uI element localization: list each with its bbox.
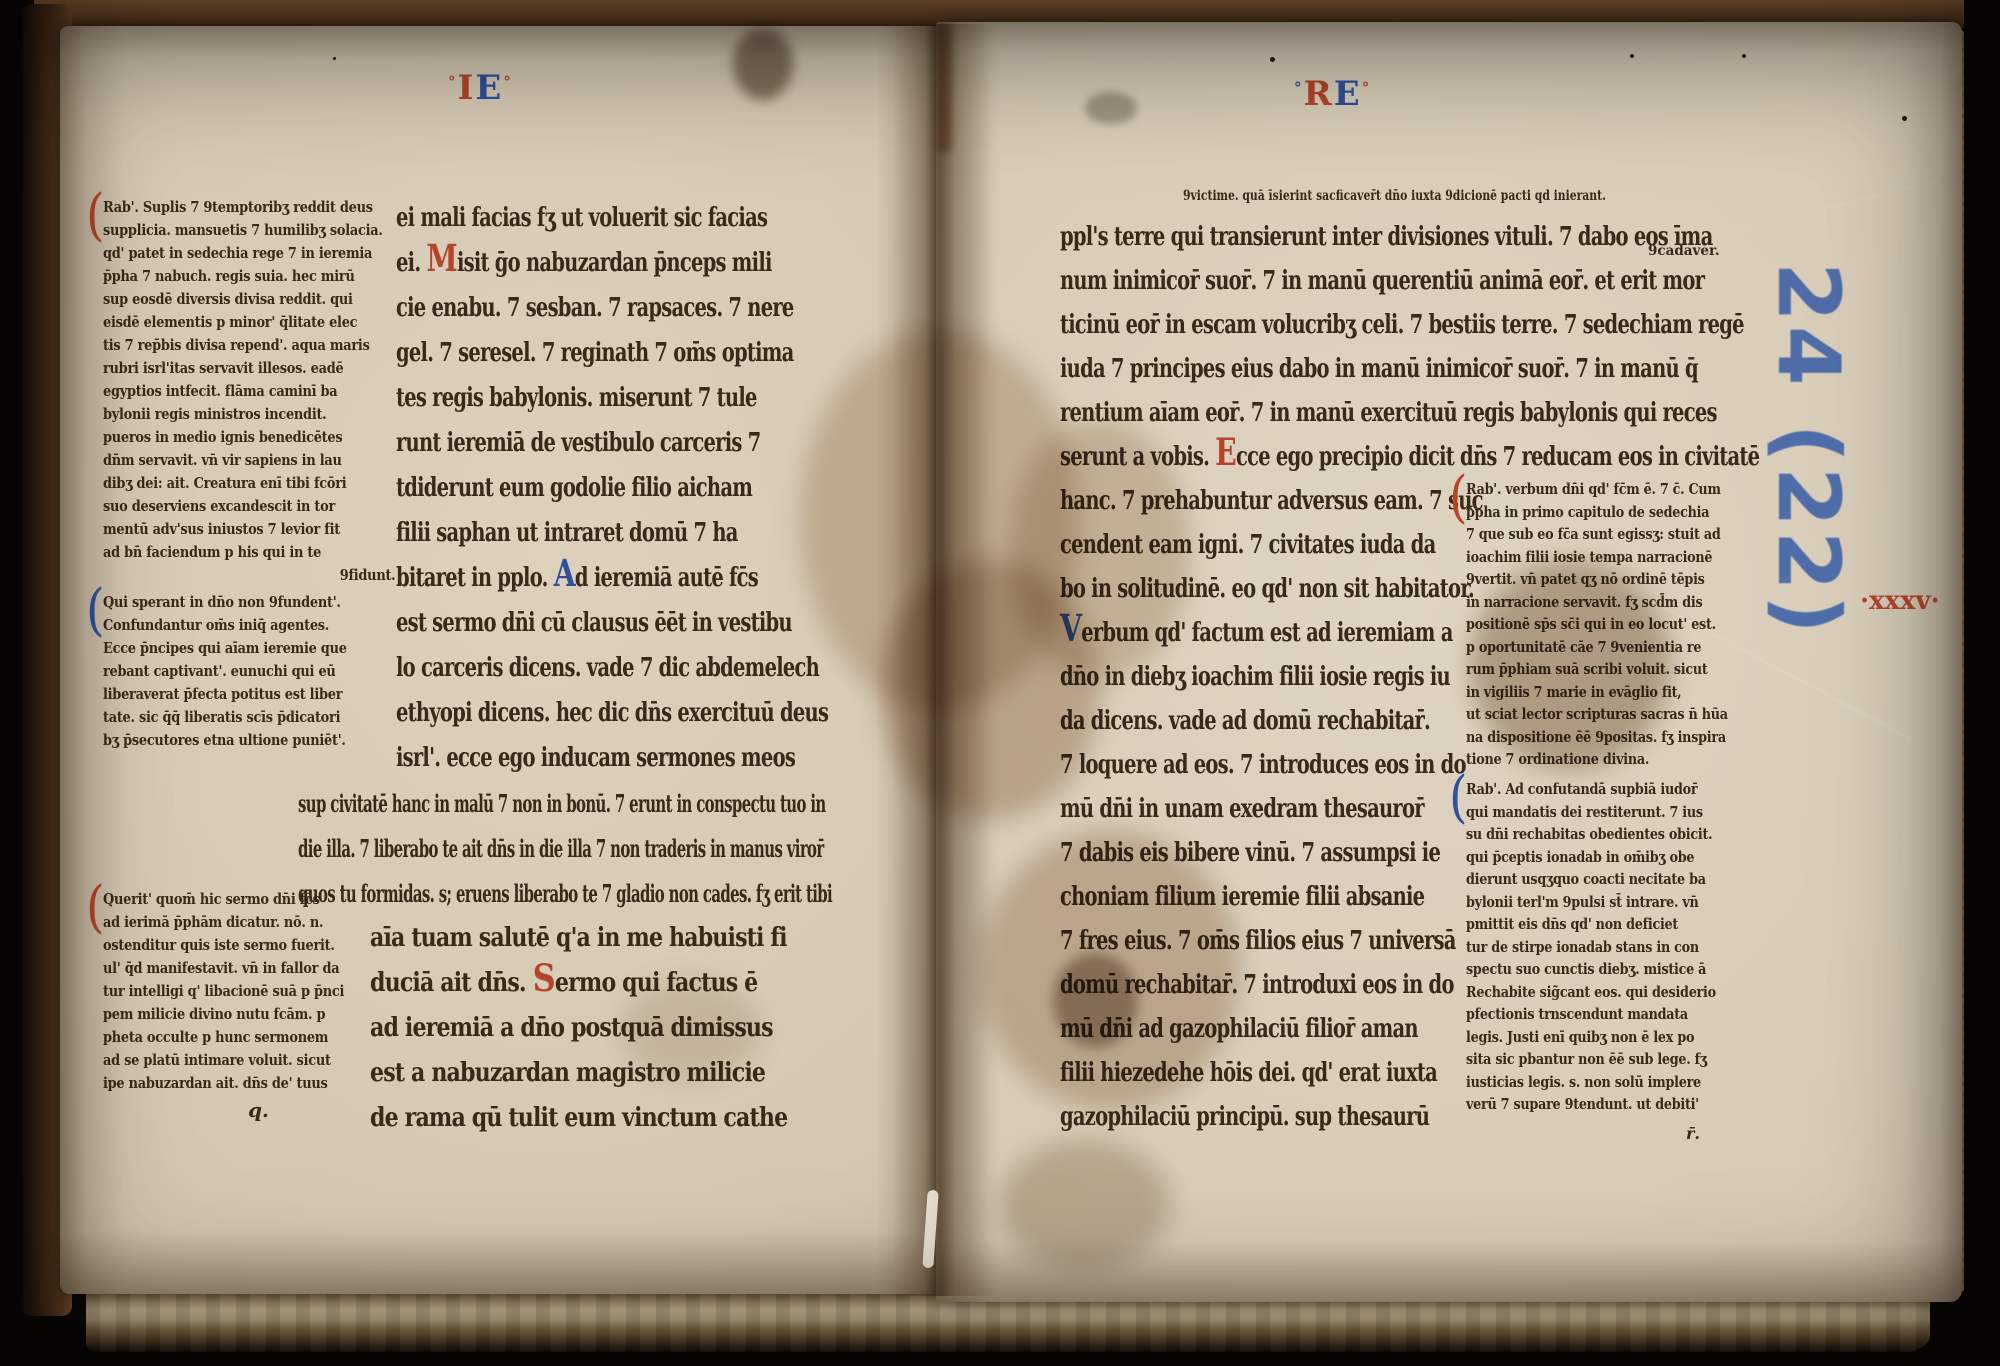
text-line: die illa. 7 liberabo te ait dn̄s in die … bbox=[298, 826, 810, 871]
running-title-left: °IE° bbox=[448, 68, 513, 108]
left-main-column-wide: sup civitatē hanc in malū 7 non in bonū.… bbox=[298, 781, 810, 916]
title-dot: ° bbox=[1362, 79, 1372, 97]
wormhole-dot bbox=[1630, 54, 1634, 58]
text-line: bylonii terl'm 9pulsi st̄ intrare. vn̄ bbox=[1466, 891, 1721, 914]
paragraph-bracket: ( bbox=[86, 880, 104, 936]
text-line: da dicens. vade ad domū rechabitar̄. bbox=[1060, 699, 1460, 743]
text-line: eisdē elementis p minor' q̄litate elec bbox=[103, 311, 395, 334]
text-line: iuda 7 principes eius dabo in manū inimi… bbox=[1060, 347, 1700, 391]
text-line: ei. Misit ḡo nabuzardan p̄nceps mili bbox=[396, 241, 810, 286]
text-line: pheta occulte p hunc sermonem bbox=[103, 1026, 395, 1049]
text-line: ei mali facias fʒ ut voluerit sic facias bbox=[396, 196, 810, 241]
text-line: dn̄m servavit. vn̄ vir sapiens in lau bbox=[103, 449, 395, 472]
text-line: sita sic pbantur non ēē sub lege. fʒ bbox=[1466, 1048, 1721, 1071]
illuminated-initial: M bbox=[426, 236, 457, 280]
text-line: ad se platū intimare voluit. sicut bbox=[103, 1049, 395, 1072]
text-line: bitaret in pplo. Ad ieremiā autē fc̄s bbox=[396, 556, 810, 601]
text-line: tur de stirpe ionadab stans in con bbox=[1466, 936, 1721, 959]
wormhole-dot bbox=[333, 57, 336, 60]
left-gloss-block-3: ( Querit' quom̄ hic sermo dn̄i fc̄sad ie… bbox=[103, 888, 395, 1095]
text-line: mentū adv'sus iniustos 7 levior fit bbox=[103, 518, 395, 541]
title-letter: I bbox=[458, 68, 476, 108]
text-line: supplicia. mansuetis 7 humilibʒ solacia. bbox=[103, 219, 395, 242]
title-letter: E bbox=[475, 68, 503, 108]
illuminated-initial: A bbox=[554, 551, 575, 595]
stain bbox=[1085, 92, 1137, 124]
shelfmark-text: 24 (22) bbox=[1738, 262, 1858, 652]
left-gloss-block-2: ( Qui sperant in dn̄o non 9fundent'.Conf… bbox=[103, 591, 395, 752]
right-gloss-block-2: ( Rab'. Ad confutandā supbiā iudor̄qui m… bbox=[1466, 778, 1721, 1116]
gloss-tail-mark: r̄. bbox=[1686, 1124, 1700, 1143]
text-line: qui p̄ceptis ionadab in om̄ibʒ obe bbox=[1466, 846, 1721, 869]
text-line: dibʒ dei: ait. Creatura enī tibi fcōri bbox=[103, 472, 395, 495]
text-line: spectu suo cunctis diebʒ. mistice ā bbox=[1466, 958, 1721, 981]
wormhole-dot bbox=[1902, 116, 1907, 121]
text-line: bʒ p̄secutores etna ultione puniēt'. bbox=[103, 729, 395, 752]
right-main-column-wide: ppl's terre qui transierunt inter divisi… bbox=[1060, 215, 1700, 479]
text-line: Qui sperant in dn̄o non 9fundent'. bbox=[103, 591, 395, 614]
inline-gloss: 9cadaver. bbox=[1648, 243, 1720, 259]
text-line: verū 7 supare 9tendunt. ut debiti' bbox=[1466, 1093, 1721, 1116]
text-line: runt ieremiā de vestibulo carceris 7 bbox=[396, 421, 810, 466]
text-line: tis 7 rep̄bis divisa repend'. aqua maris bbox=[103, 334, 395, 357]
text-line: bylonii regis ministros incendit. bbox=[103, 403, 395, 426]
text-line: ticinū eor̄ in escam volucribʒ celi. 7 b… bbox=[1060, 303, 1700, 347]
paragraph-bracket: ( bbox=[1449, 470, 1467, 526]
text-line: liberaverat p̄fecta potitus est liber bbox=[103, 683, 395, 706]
text-line: gel. 7 seresel. 7 reginath 7 om̄s optima bbox=[396, 331, 810, 376]
text-line: iusticias legis. s. non solū implere bbox=[1466, 1071, 1721, 1094]
text-line: tes regis babylonis. miserunt 7 tule bbox=[396, 376, 810, 421]
text-line: cie enabu. 7 sesban. 7 rapsaces. 7 nere bbox=[396, 286, 810, 331]
running-title-right: °RE° bbox=[1294, 74, 1371, 114]
text-line: Confundantur om̄s iniq̄ agentes. bbox=[103, 614, 395, 637]
text-line: ethyopi dicens. hec dic dn̄s exercituū d… bbox=[396, 691, 810, 736]
text-line: rubri isrl'itas servavit illesos. eadē bbox=[103, 357, 395, 380]
text-line: mū dn̄i in unam exedram thesauror̄ bbox=[1060, 787, 1460, 831]
text-line: ipe nabuzardan ait. dn̄s de' tuus bbox=[103, 1072, 395, 1095]
text-line: tdiderunt eum godolie filio aicham bbox=[396, 466, 810, 511]
text-line: Rab'. verbum dn̄i qd' fc̄m ē. 7 c̄. Cum bbox=[1466, 478, 1721, 501]
text-line: suo deserviens excandescit in tor bbox=[103, 495, 395, 518]
text-line: aīa tuam salutē q'a in me habuisti fi bbox=[370, 916, 812, 961]
text-line: dierunt usqʒquo coacti necitate ba bbox=[1466, 868, 1721, 891]
text-line: tur intelligi q' libacionē suā p p̄nci bbox=[103, 980, 395, 1003]
title-letter: E bbox=[1334, 74, 1362, 114]
title-dot: ° bbox=[1294, 79, 1304, 97]
manuscript-photo: °IE° °RE° ( Rab'. Suplis 7 9temptoribʒ r… bbox=[0, 0, 2000, 1366]
text-line: ostenditur quis iste sermo fuerit. bbox=[103, 934, 395, 957]
paragraph-bracket: ( bbox=[86, 583, 104, 639]
text-line: Ecce p̄ncipes qui aīam ieremie que bbox=[103, 637, 395, 660]
left-gloss-block-1: ( Rab'. Suplis 7 9temptoribʒ reddit deus… bbox=[103, 196, 395, 587]
text-line: qd' patet in sedechia rege 7 in ieremia bbox=[103, 242, 395, 265]
text-line: ul' q̄d manifestavit. vn̄ in fallor da bbox=[103, 957, 395, 980]
text-line: rebant captivant'. eunuchi qui eū bbox=[103, 660, 395, 683]
text-line: pueros in medio ignis benedicētes bbox=[103, 426, 395, 449]
text-line: filii saphan ut intraret domū 7 ha bbox=[396, 511, 810, 556]
gloss-tail-mark: q. bbox=[248, 1098, 269, 1122]
text-line: 7 que sub eo fc̄a sunt egissʒ: stuit ad bbox=[1466, 523, 1721, 546]
text-line: sup civitatē hanc in malū 7 non in bonū.… bbox=[298, 781, 810, 826]
wormhole-dot bbox=[1742, 54, 1746, 58]
title-dot: ° bbox=[448, 73, 458, 91]
title-letter: R bbox=[1304, 74, 1334, 114]
left-main-column-top: ei mali facias fʒ ut voluerit sic facias… bbox=[396, 196, 810, 781]
text-line: pfectionis trnscendunt mandata bbox=[1466, 1003, 1721, 1026]
illuminated-initial: E bbox=[1215, 430, 1236, 474]
text-line: num inimicor̄ suor̄. 7 in manū querentiū… bbox=[1060, 259, 1700, 303]
text-line: Rab'. Suplis 7 9temptoribʒ reddit deus bbox=[103, 196, 395, 219]
text-line: rentium aīam eor̄. 7 in manū exercituū r… bbox=[1060, 391, 1700, 435]
text-line: ppl's terre qui transierunt inter divisi… bbox=[1060, 215, 1700, 259]
stain bbox=[620, 980, 760, 1080]
text-line: 9fidunt. bbox=[103, 564, 395, 587]
text-line: qui mandatis dei restiterunt. 7 ius bbox=[1466, 801, 1721, 824]
text-line: egyptios intfecit. flāma caminī ba bbox=[103, 380, 395, 403]
text-line: lo carceris dicens. vade 7 dic abdemelec… bbox=[396, 646, 810, 691]
stain bbox=[1053, 953, 1138, 1048]
wormhole-dot bbox=[1270, 57, 1275, 62]
text-line: 7 loquere ad eos. 7 introduces eos in do bbox=[1060, 743, 1460, 787]
text-line: Rab'. Ad confutandā supbiā iudor̄ bbox=[1466, 778, 1721, 801]
text-line: quos tu formidas. s; eruens liberabo te … bbox=[298, 871, 810, 916]
text-line: pmittit eis dn̄s qd' non deficiet bbox=[1466, 913, 1721, 936]
text-line: sup eosdē diversis divisa reddit. qui bbox=[103, 288, 395, 311]
stain bbox=[1010, 420, 1190, 680]
interlinear-gloss: 9victime. quā īsierint sacficaver̄t dn̄o… bbox=[1183, 188, 1606, 204]
paragraph-bracket: ( bbox=[86, 188, 104, 244]
text-line: Rechabite sig̃cant eos. qui desiderio bbox=[1466, 981, 1721, 1004]
text-line: tate. sic q̄q̄ liberatis scīs p̄dicatori bbox=[103, 706, 395, 729]
paragraph-bracket: ( bbox=[1449, 770, 1467, 826]
text-line: de rama qū tulit eum vinctum cathe bbox=[370, 1096, 812, 1141]
folio-number: ·xxxv· bbox=[1860, 586, 1940, 616]
text-line: p̄pha in primo capitulo de sedechia bbox=[1466, 501, 1721, 524]
title-dot: ° bbox=[503, 73, 513, 91]
shelfmark-number: 24 (22) bbox=[1738, 262, 1858, 652]
stain bbox=[733, 28, 793, 100]
text-line: ad bn̄ faciendum p his qui in te bbox=[103, 541, 395, 564]
stain bbox=[1470, 560, 1670, 770]
text-line: p̄pha 7 nabuch. regis suia. hec mirū bbox=[103, 265, 395, 288]
illuminated-initial: S bbox=[533, 956, 555, 1000]
text-line: legis. Justi enī quibʒ non ē lex po bbox=[1466, 1026, 1721, 1049]
text-line: su dn̄i rechabitas obedientes obicit. bbox=[1466, 823, 1721, 846]
text-line: est sermo dn̄i cū clausus ēēt in vestibu bbox=[396, 601, 810, 646]
stain bbox=[1000, 1140, 1170, 1270]
text-line: isrl'. ecce ego inducam sermones meos bbox=[396, 736, 810, 781]
text-line: pem milicie divino nutu fcām. p bbox=[103, 1003, 395, 1026]
